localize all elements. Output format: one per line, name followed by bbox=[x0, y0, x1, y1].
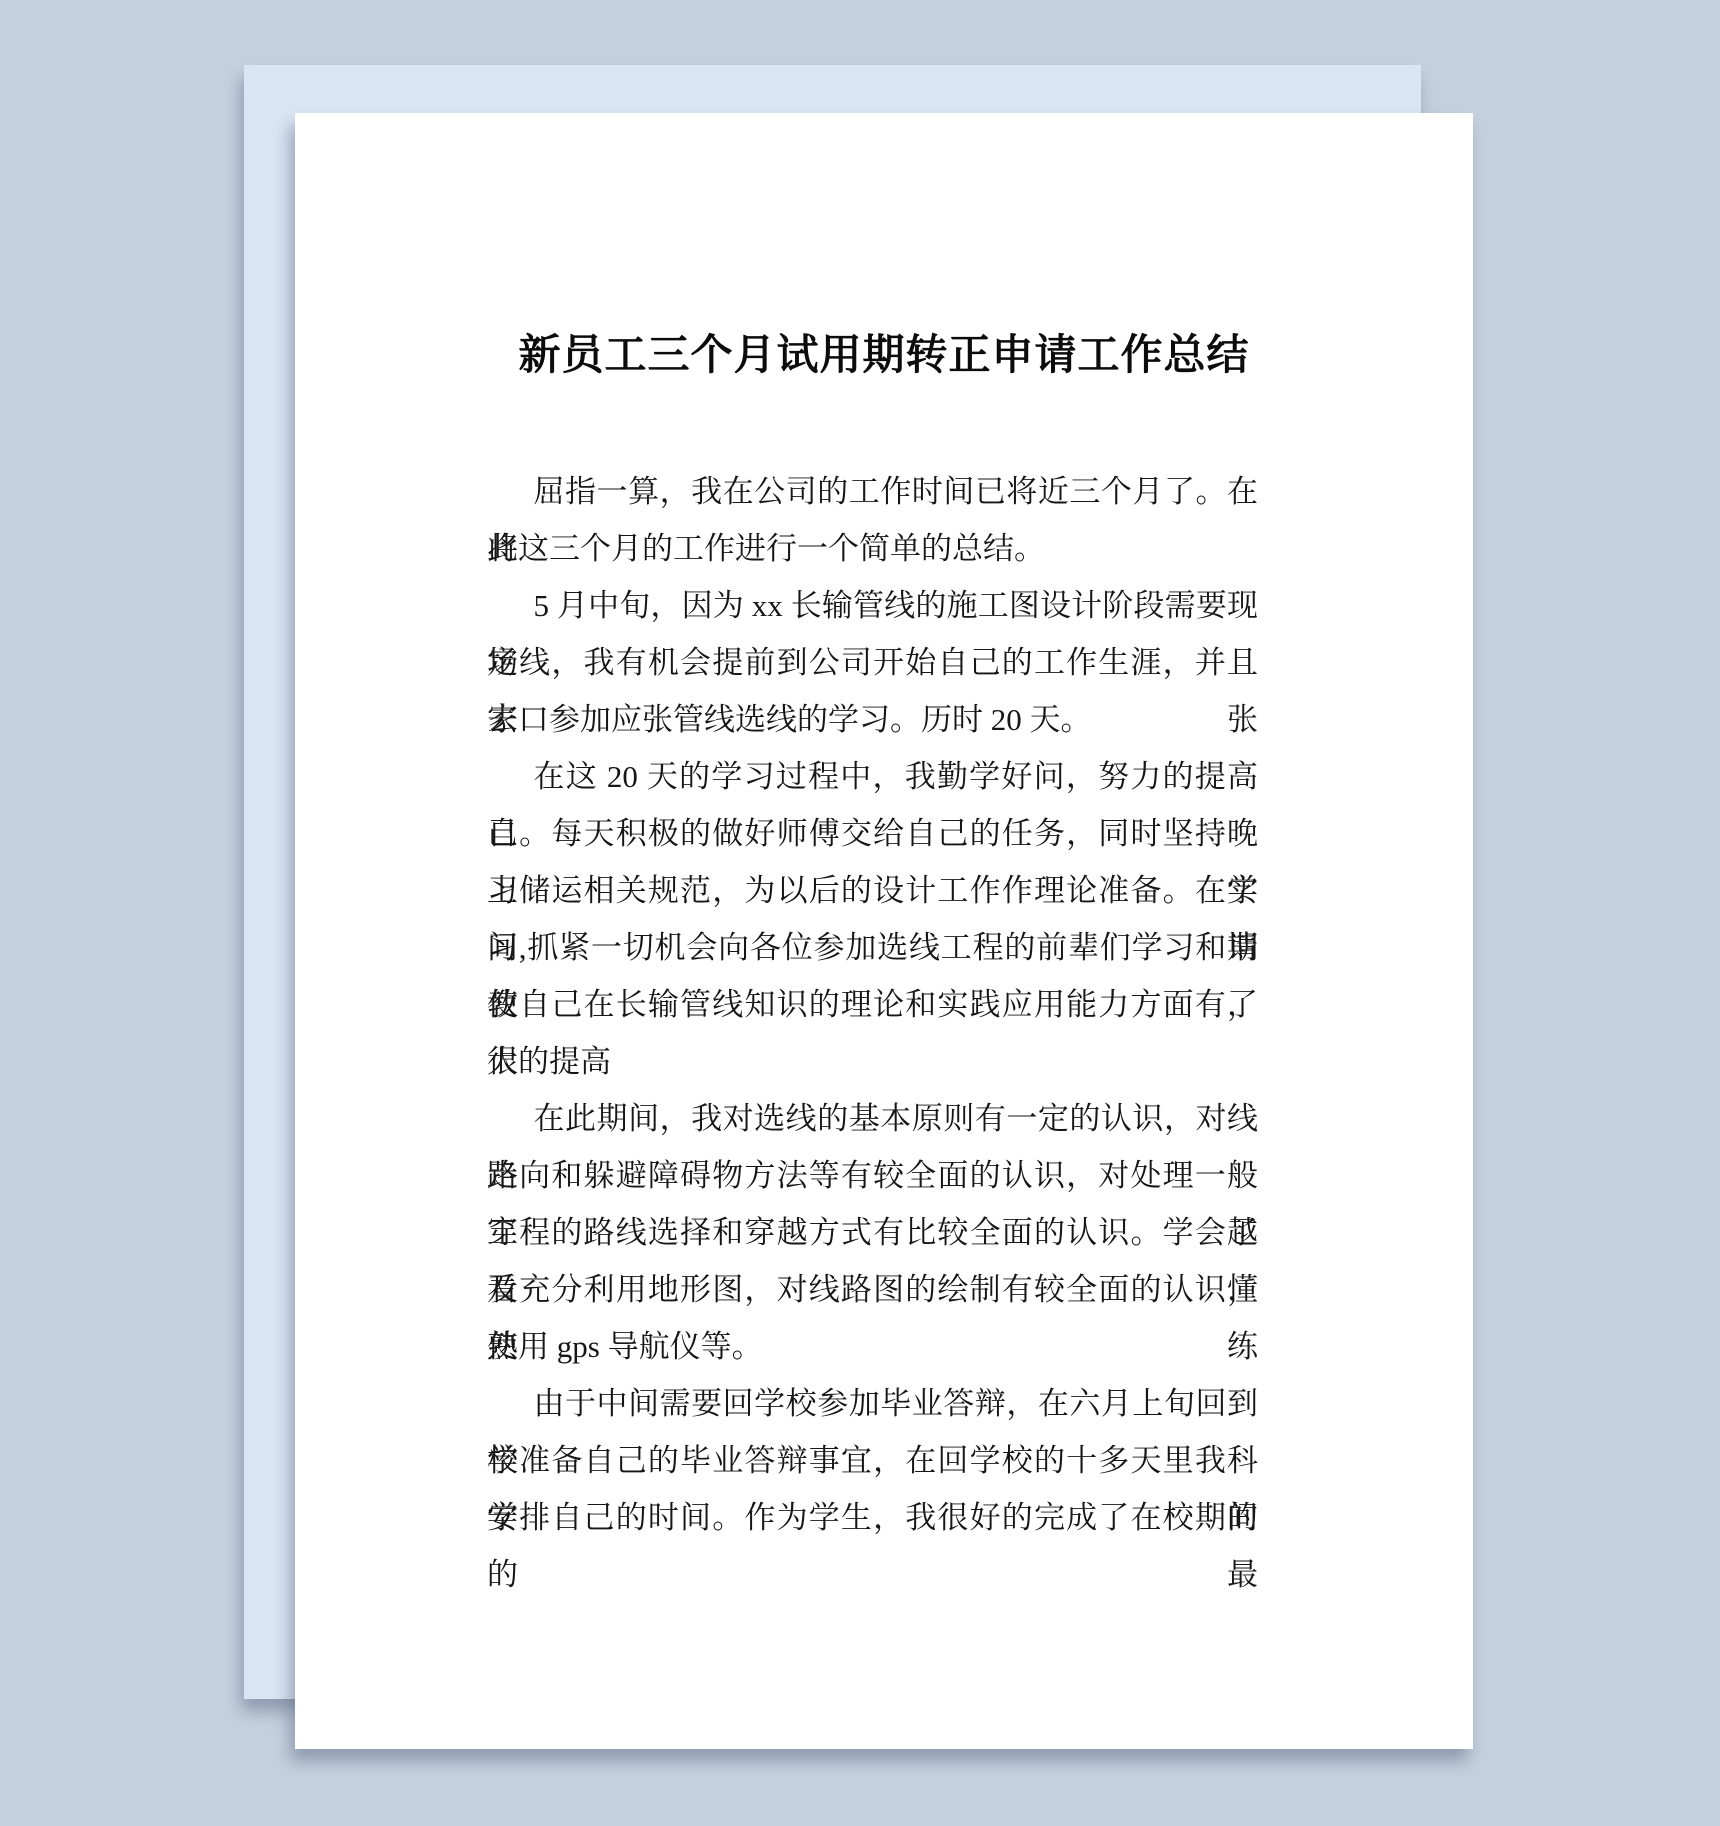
text-line: 己。每天积极的做好师傅交给自己的任务，同时坚持晚上学 bbox=[487, 805, 1258, 862]
text-line: 校准备自己的毕业答辩事宜，在回学校的十多天里我科学的 bbox=[487, 1432, 1258, 1489]
text-line: 使自己在长输管线知识的理论和实践应用能力方面有了很 bbox=[487, 976, 1258, 1033]
text-line: 走向和躲避障碍物方法等有较全面的认识，对处理一般穿越 bbox=[487, 1147, 1258, 1204]
text-line: 将这三个月的工作进行一个简单的总结。 bbox=[487, 520, 1258, 577]
text-line: 工程的路线选择和穿越方式有比较全面的认识。学会了看懂 bbox=[487, 1204, 1258, 1261]
text-line: 大的提高 bbox=[487, 1033, 1258, 1090]
text-line: 由于中间需要回学校参加毕业答辩，在六月上旬回到学 bbox=[487, 1375, 1258, 1432]
text-line: 安排自己的时间。作为学生，我很好的完成了在校期间的最 bbox=[487, 1489, 1258, 1546]
text-line: 在此期间，我对选线的基本原则有一定的认识，对线路 bbox=[487, 1090, 1258, 1147]
document-body: 屈指一算，我在公司的工作时间已将近三个月了。在此 将这三个月的工作进行一个简单的… bbox=[295, 463, 1473, 1546]
text-line: 5 月中旬，因为 xx 长输管线的施工图设计阶段需要现场 bbox=[487, 577, 1258, 634]
text-line: 屈指一算，我在公司的工作时间已将近三个月了。在此 bbox=[487, 463, 1258, 520]
document-page: 新员工三个月试用期转正申请工作总结 屈指一算，我在公司的工作时间已将近三个月了。… bbox=[295, 113, 1473, 1749]
text-line: 习储运相关规范，为以后的设计工作作理论准备。在实习期 bbox=[487, 862, 1258, 919]
text-line: 在这 20 天的学习过程中，我勤学好问，努力的提高自 bbox=[487, 748, 1258, 805]
document-title: 新员工三个月试用期转正申请工作总结 bbox=[295, 333, 1473, 377]
text-line: 及充分利用地形图，对线路图的绘制有较全面的认识，熟练 bbox=[487, 1261, 1258, 1318]
text-line: 间,抓紧一切机会向各位参加选线工程的前辈们学习和请教， bbox=[487, 919, 1258, 976]
desk-background: { "doc": { "title": "新员工三个月试用期转正申请工作总结",… bbox=[0, 0, 1720, 1826]
text-line: 定线，我有机会提前到公司开始自己的工作生涯，并且去张 bbox=[487, 634, 1258, 691]
